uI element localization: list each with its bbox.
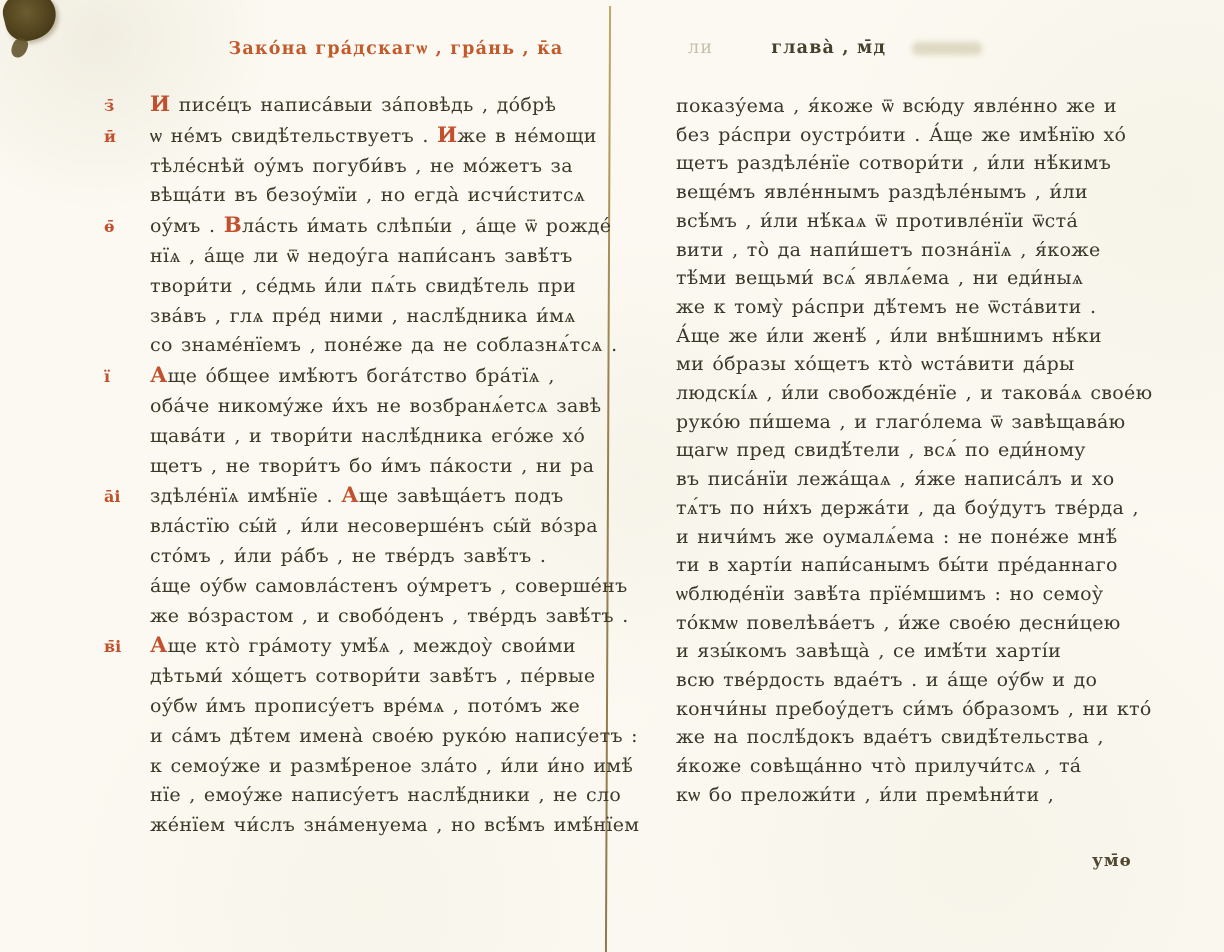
- rubricated-initial: А: [150, 633, 168, 658]
- text-line: и са́мъ дѣ́тем имена̀ свое́ю руко́ю напи…: [150, 722, 644, 752]
- text-line: кѡ бо преложи́ти , и́ли премѣни́ти ,: [676, 781, 1176, 810]
- text-line: и язы́комъ завѣща̀ , се имѣ́ти харті́и: [676, 637, 1176, 666]
- text-line: вити , то̀ да напи́шетъ позна́нїѧ , я́ко…: [676, 236, 1176, 265]
- cover-corner-fragment: [0, 0, 61, 46]
- text-line: щетъ , не твори́тъ бо и́мъ па́кости , ни…: [150, 452, 644, 482]
- text-line: щагѡ пред свидѣ́тели , всѧ́ по еди́ному: [676, 436, 1176, 465]
- text-line: з̄И писе́цъ написа́выи за́повѣдь , до́бр…: [150, 90, 644, 121]
- text-line: я́коже совѣща́нно что̀ прилучи́тсѧ , та́: [676, 752, 1176, 781]
- text-line: зва́въ , глѧ пре́д ними , наслѣ́дника и́…: [150, 302, 644, 332]
- margin-article-number: а̄і: [104, 482, 120, 512]
- text-line: твори́ти , се́дмь и́ли пѧ́ть свидѣ́тель …: [150, 272, 644, 302]
- text-line: вла́стїю сы́й , и́ли несоверше́нъ сы́й в…: [150, 512, 644, 542]
- right-header-chapter: глава̀ , м̄д: [771, 38, 886, 58]
- left-running-title: Зако́на гра́дскагѡ , гра́нь , к̄а: [150, 38, 642, 59]
- text-line: їАще о́бщее имѣ́ютъ бога́тство бра́тїѧ ,: [150, 361, 644, 392]
- text-line: щава́ти , и твори́ти наслѣ́дника его́же …: [150, 422, 644, 452]
- text-line: людскі́ѧ , и́ли свобожде́нїе , и такова́…: [676, 379, 1176, 408]
- text-line: ѳ̄оу́мъ . Вла́сть и́мать слѣпы́и , а́ще …: [150, 211, 644, 242]
- rubricated-initial: И: [150, 92, 170, 117]
- text-line: нїе , емоу́же напису́етъ наслѣ́дники , н…: [150, 781, 644, 811]
- text-line: же на послѣ́докъ вдае́тъ свидѣ́тельства …: [676, 723, 1176, 752]
- text-line: и ничи́мъ же оумалѧ́ема : не поне́же мнѣ…: [676, 523, 1176, 552]
- text-line: кончи́ны пребоу́детъ си́мъ о́бразомъ , н…: [676, 695, 1176, 724]
- text-line: же к тому̀ ра́спри дѣ́темъ не ѿста́вити …: [676, 293, 1176, 322]
- rubricated-initial: А: [150, 363, 168, 388]
- text-line: же́нїем чи́слъ зна́менуема , но всѣ́мъ и…: [150, 811, 644, 841]
- text-line: веще́мъ явле́ннымъ раздѣле́нымъ , и́ли: [676, 178, 1176, 207]
- text-line: же во́зрастом , и свобо́денъ , тве́рдъ з…: [150, 602, 644, 632]
- cover-corner-fragment-small: [9, 36, 30, 60]
- text-line: без ра́спри оустро́ити . А́ще же имѣ́нїю…: [676, 121, 1176, 150]
- text-line: тѧ́тъ по ни́хъ держа́ти , да боу́дутъ тв…: [676, 494, 1176, 523]
- right-running-title: лиглава̀ , м̄д: [688, 38, 1184, 58]
- rubricated-initial: И: [437, 123, 457, 148]
- text-line: ми о́бразы хо́щетъ кто̀ ѡста́вити да́ры: [676, 350, 1176, 379]
- text-line: со знаме́нїемъ , поне́же да не соблазнѧ́…: [150, 331, 644, 361]
- text-line: тѣ́ми вещьми́ всѧ́ явлѧ́ема , ни еди́ныѧ: [676, 264, 1176, 293]
- margin-article-number: ї: [104, 362, 110, 392]
- text-line: сто́мъ , и́ли ра́бъ , не тве́рдъ завѣ́тъ…: [150, 542, 644, 572]
- text-line: руко́ю пи́шема , и глаго́лема ѿ завѣщава…: [676, 408, 1176, 437]
- text-line: дѣтьми́ хо́щетъ сотвори́ти завѣ́тъ , пе́…: [150, 662, 644, 692]
- margin-article-number: в̄і: [104, 632, 121, 662]
- text-line: въ писа́нїи лежа́щаѧ , я́же написа́лъ и …: [676, 465, 1176, 494]
- text-line: всѣ́мъ , и́ли нѣ́каѧ ѿ противле́нїи ѿста…: [676, 207, 1176, 236]
- text-line: а́ще оу́бѡ самовла́стенъ оу́мретъ , сове…: [150, 572, 644, 602]
- rubricated-initial: А: [341, 483, 359, 508]
- right-page-text-column: показу́ема , я́коже ѿ всю́ду явле́нно же…: [676, 92, 1176, 810]
- text-line: к семоу́же и размѣ́реное зла́то , и́ли и…: [150, 752, 644, 782]
- rubricated-initial: В: [224, 213, 242, 238]
- text-line: ӣѡ не́мъ свидѣ́тельствуетъ . Иже в не́мо…: [150, 121, 644, 152]
- text-line: ти в харті́и напи́санымъ бы́ти пре́данна…: [676, 551, 1176, 580]
- left-page-text-column: з̄И писе́цъ написа́выи за́повѣдь , до́бр…: [150, 90, 644, 841]
- text-line: оба́че никому́же и́хъ не возбранѧ́етсѧ з…: [150, 392, 644, 422]
- text-line: А́ще же и́ли женѣ́ , и́ли внѣ́шнимъ нѣ́к…: [676, 322, 1176, 351]
- text-line: в̄іАще кто̀ гра́моту умѣ́ѧ , междоу̀ сво…: [150, 631, 644, 662]
- text-line: показу́ема , я́коже ѿ всю́ду явле́нно же…: [676, 92, 1176, 121]
- ink-showthrough-smudge: [912, 42, 982, 55]
- margin-article-number: з̄: [104, 91, 114, 121]
- text-line: всю тве́рдость вдае́тъ . и а́ще оу́бѡ и …: [676, 666, 1176, 695]
- margin-article-number: ѳ̄: [104, 212, 114, 242]
- text-line: щетъ раздѣле́нїе сотвори́ти , и́ли нѣ́ки…: [676, 149, 1176, 178]
- right-header-faint-mark: ли: [688, 38, 713, 58]
- margin-article-number: ӣ: [104, 122, 116, 152]
- text-line: нїѧ , а́ще ли ѿ недоу́га напи́санъ завѣ́…: [150, 242, 644, 272]
- text-line: то́кмѡ повелѣва́етъ , и́же свое́ю десни́…: [676, 609, 1176, 638]
- text-line: вѣща́ти въ безоу́мїи , но егда̀ исчи́сти…: [150, 181, 644, 211]
- book-scan-spread: { "palette": { "paper": "#fbf9f1", "ink"…: [0, 0, 1224, 952]
- folio-number: ум̄ѳ: [1092, 851, 1132, 871]
- text-line: тѣле́снѣй оу́мъ погуби́въ , не мо́жетъ з…: [150, 152, 644, 182]
- text-line: ѡблюде́нїи завѣ́та прїе́мшимъ : но семоу…: [676, 580, 1176, 609]
- text-line: оу́бѡ и́мъ пропису́етъ вре́мѧ , пото́мъ …: [150, 692, 644, 722]
- text-line: а̄іздѣле́нїѧ имѣ́нїе . Аще завѣща́етъ по…: [150, 481, 644, 512]
